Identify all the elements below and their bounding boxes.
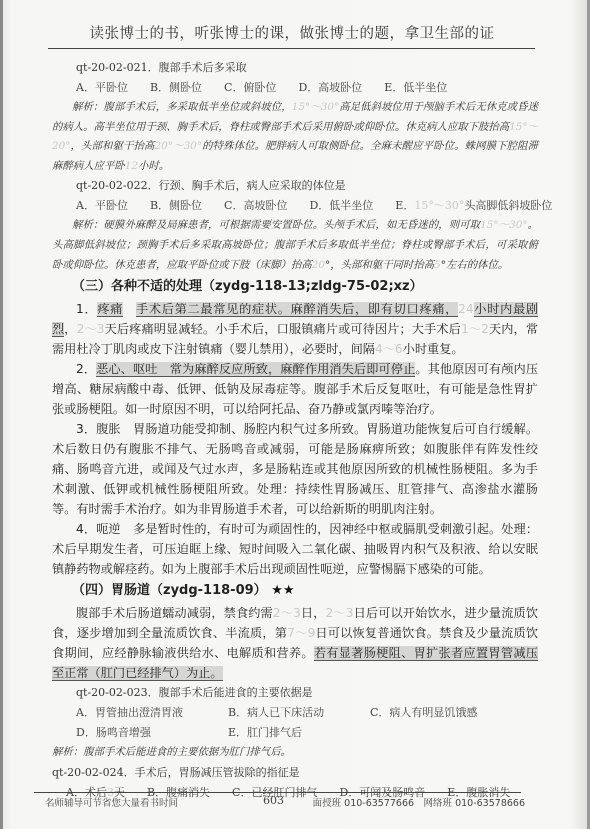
option-c: C．病人有明显饥饿感 (370, 703, 477, 723)
option-a: A．平卧位 (76, 78, 128, 98)
question-021-options: A．平卧位B．侧卧位C．俯卧位D．高坡卧位E．低半坐位 (52, 78, 538, 98)
section-4-body: 腹部手术后肠道蠕动减弱，禁食约需2～3日，2～3日后可以开始饮水，进少量流质饮食… (52, 603, 538, 683)
option-e: E．低半坐位 (384, 78, 447, 98)
header-divider (48, 48, 535, 49)
section-3-heading: （三）各种不适的处理（zydg-118-13;zldg-75-02;xz） (52, 275, 538, 299)
question-022-analysis: 解析：硬膜外麻醉及局麻患者，可根据需要安置卧位。头颅手术后，如无昏迷的，则可取1… (52, 216, 538, 275)
section-4-heading: （四）胃肠道（zydg-118-09） ★★ (52, 579, 538, 603)
option-d: D．肠鸣音增强 (76, 723, 206, 743)
question-021-analysis: 解析：腹部手术后，多采取低半坐位或斜坡位，15°～30°高足低斜坡位用于颅脑手术… (52, 98, 538, 176)
question-023-options-row2: D．肠鸣音增强E．肛门排气后 (52, 723, 538, 743)
question-023-title: qt-20-02-023．腹部手术后能进食的主要依据是 (52, 683, 538, 703)
page-number: 603 (263, 794, 284, 807)
option-a: A．胃管抽出澄清胃液 (76, 703, 206, 723)
item-1-pain: 1．疼痛 手术后第二最常见的症状。麻醉消失后，即有切口疼痛，24小时内最剧烈，2… (52, 299, 538, 359)
option-a: A．平卧位 (76, 196, 128, 216)
footer-contact: 面授班 010-63577666 网络班 010-63578666 (313, 795, 525, 809)
question-024-title: qt-20-02-024．手术后，胃肠减压管拔除的指征是 (52, 763, 538, 783)
question-023-analysis: 解析：腹部手术后能进食的主要依据为肛门排气后。 (52, 743, 538, 763)
option-e: E．肛门排气后 (228, 723, 302, 743)
option-c: C．俯卧位 (224, 78, 276, 98)
question-023-options-row1: A．胃管抽出澄清胃液B．病人已下床活动C．病人有明显饥饿感 (52, 703, 538, 723)
option-d: D．低半坐位 (309, 196, 373, 216)
option-d: D．高坡卧位 (298, 78, 362, 98)
question-022-title: qt-20-02-022．行颈、胸手术后，病人应采取的体位是 (52, 176, 538, 196)
footer-slogan: 名师辅导可节省您大量看书时间 (45, 795, 178, 809)
page-header: 读张博士的书，听张博士的课，做张博士的题，拿卫生部的证 (50, 22, 534, 43)
item-4-hiccup: 4．呃逆 多是暂时性的，有时可为顽固性的，因神经中枢或膈肌受刺激引起。处理：术后… (52, 519, 538, 579)
item-3-bloating: 3．腹胀 胃肠道功能受抑制、肠腔内积气过多所致。胃肠道功能恢复后可自行缓解。术后… (52, 419, 538, 519)
option-b: B．病人已下床活动 (228, 703, 348, 723)
option-e: E．15°～30°头高脚低斜坡卧位 (395, 196, 552, 216)
page-content: qt-20-02-021．腹部手术后多采取 A．平卧位B．侧卧位C．俯卧位D．高… (52, 58, 538, 803)
option-b: B．侧卧位 (150, 196, 202, 216)
option-c: C．高坡卧位 (224, 196, 287, 216)
star-rating-icon: ★★ (271, 583, 294, 598)
question-021-title: qt-20-02-021．腹部手术后多采取 (52, 58, 538, 78)
option-b: B．侧卧位 (150, 78, 202, 98)
footer-divider (34, 792, 521, 793)
document-page: 读张博士的书，听张博士的课，做张博士的题，拿卫生部的证 qt-20-02-021… (0, 0, 590, 829)
item-2-nausea: 2．恶心、呕吐 常为麻醉反应所致，麻醉作用消失后即可停止。其他原因可有颅内压增高… (52, 359, 538, 419)
question-022-options: A．平卧位B．侧卧位C．高坡卧位D．低半坐位E．15°～30°头高脚低斜坡卧位 (52, 196, 538, 216)
